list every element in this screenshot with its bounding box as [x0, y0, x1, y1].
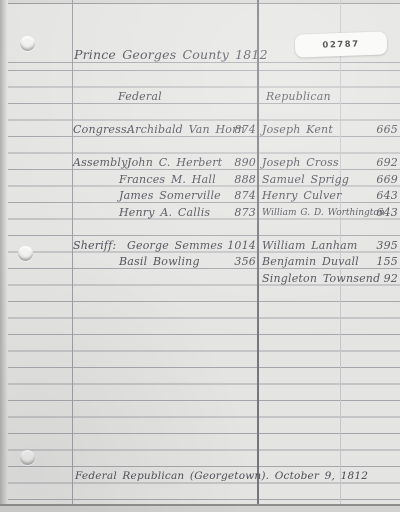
republican-candidate-name: Benjamin Duvall — [262, 254, 359, 270]
result-row-sheriff-2: Basil Bowling 356 Benjamin Duvall 155 — [0, 254, 400, 270]
scanned-document-page: 02787 Prince Georges County 1812 Federal… — [0, 0, 400, 512]
republican-candidate-name: Joseph Cross — [262, 155, 339, 171]
party-header-row: Federal Republican — [0, 89, 400, 105]
federal-candidate-name: Frances M. Hall — [119, 172, 216, 188]
column-header-federal: Federal — [118, 89, 162, 105]
federal-vote-count: 874 — [206, 122, 256, 138]
catalog-number: 02787 — [322, 39, 359, 50]
source-citation: Federal Republican (Georgetown). October… — [75, 468, 368, 484]
republican-vote-count: 692 — [356, 155, 398, 171]
republican-candidate-name: William Lanham — [262, 238, 358, 254]
office-label: Congress: — [73, 122, 131, 138]
result-row-sheriff-1: Sheriff: George Semmes 1014 William Lanh… — [0, 238, 400, 254]
catalog-sticker: 02787 — [295, 31, 388, 57]
result-row-sheriff-3: Singleton Townsend 92 — [0, 271, 400, 287]
federal-vote-count: 874 — [206, 188, 256, 204]
federal-vote-count: 356 — [206, 254, 256, 270]
result-row-assembly-2: Frances M. Hall 888 Samuel Sprigg 669 — [0, 172, 400, 188]
federal-candidate-name: Henry A. Callis — [119, 205, 210, 221]
federal-candidate-name: Basil Bowling — [119, 254, 200, 270]
federal-vote-count: 873 — [206, 205, 256, 221]
republican-vote-count: 92 — [356, 271, 398, 287]
republican-vote-count: 665 — [356, 122, 398, 138]
republican-candidate-name: Samuel Sprigg — [262, 172, 349, 188]
paper-edge-bottom — [0, 504, 400, 512]
office-label: Sheriff: — [73, 238, 116, 254]
republican-vote-count: 155 — [356, 254, 398, 270]
republican-candidate-name: Joseph Kent — [262, 122, 333, 138]
republican-vote-count: 643 — [356, 205, 398, 221]
hole-punch-top — [20, 36, 35, 51]
result-row-assembly-3: James Somerville 874 Henry Culver 643 — [0, 188, 400, 204]
republican-vote-count: 395 — [356, 238, 398, 254]
republican-vote-count: 643 — [356, 188, 398, 204]
hole-punch-bottom — [20, 450, 35, 465]
result-row-assembly-4: Henry A. Callis 873 William G. D. Worthi… — [0, 205, 400, 221]
result-row-congress: Congress: Archibald Van Horn 874 Joseph … — [0, 122, 400, 138]
republican-candidate-name: Henry Culver — [262, 188, 342, 204]
republican-vote-count: 669 — [356, 172, 398, 188]
federal-vote-count: 1014 — [206, 238, 256, 254]
office-label: Assembly: — [73, 155, 131, 171]
federal-vote-count: 888 — [206, 172, 256, 188]
column-header-republican: Republican — [266, 89, 331, 105]
result-row-assembly-1: Assembly: John C. Herbert 890 Joseph Cro… — [0, 155, 400, 171]
federal-vote-count: 890 — [206, 155, 256, 171]
page-title: Prince Georges County 1812 — [74, 47, 268, 63]
